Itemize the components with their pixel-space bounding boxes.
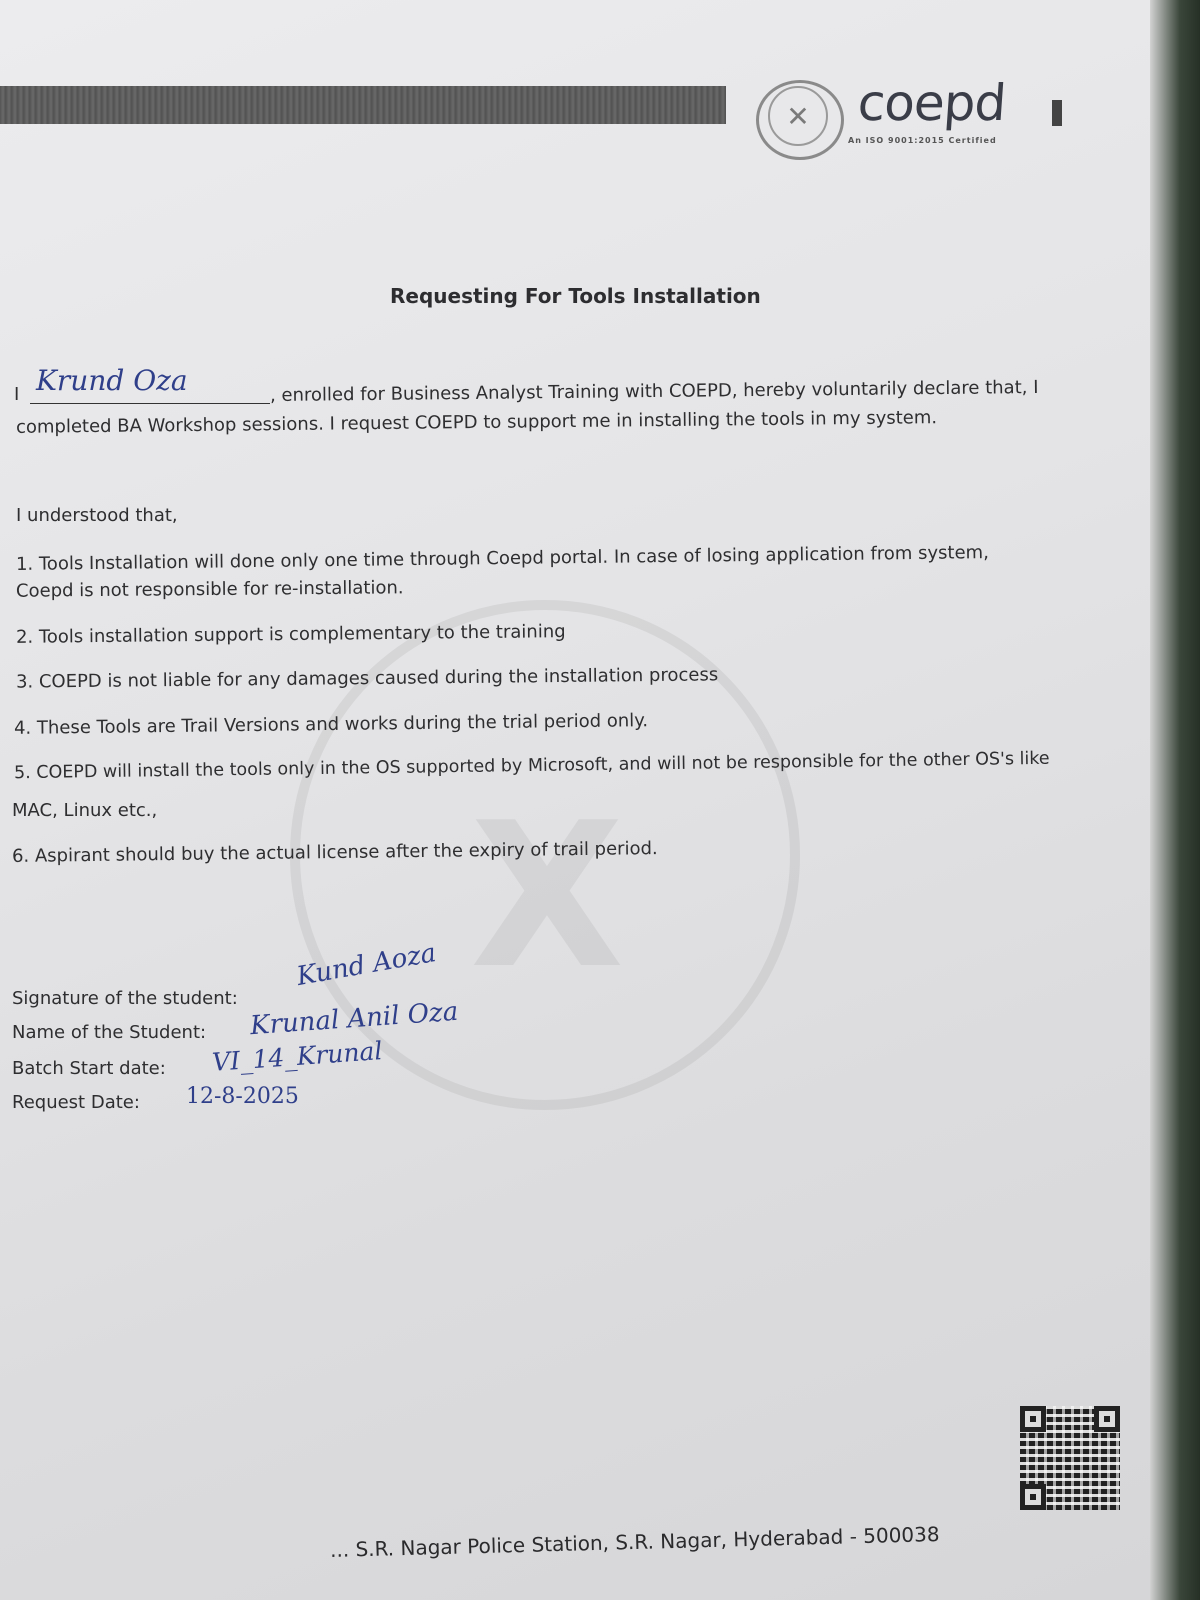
- logo-bar: [1052, 100, 1062, 126]
- document-title: Requesting For Tools Installation: [390, 284, 761, 308]
- header-bar: [0, 86, 726, 124]
- point-1-line-1: 1. Tools Installation will done only one…: [16, 542, 989, 575]
- logo: ✕ coepd An ISO 9001:2015 Certified: [748, 74, 1078, 164]
- logo-tagline: An ISO 9001:2015 Certified: [848, 136, 997, 145]
- footer-address: ... S.R. Nagar Police Station, S.R. Naga…: [330, 1522, 940, 1562]
- signature-label: Signature of the student:: [12, 988, 238, 1009]
- intro-prefix: I: [14, 384, 19, 405]
- point-5-line-2: MAC, Linux etc.,: [12, 800, 157, 821]
- understood-heading: I understood that,: [16, 505, 178, 526]
- name-blank-line: [30, 403, 270, 404]
- batch-value: VI_14_Krunal: [211, 1036, 383, 1077]
- intro-line-2: completed BA Workshop sessions. I reques…: [16, 407, 937, 438]
- request-date-value: 12-8-2025: [186, 1084, 299, 1109]
- logo-brand: coepd: [856, 74, 1007, 132]
- name-label: Name of the Student:: [12, 1022, 206, 1043]
- background-edge: [1150, 0, 1200, 1600]
- request-date-label: Request Date:: [12, 1092, 140, 1113]
- document-page: X ✕ coepd An ISO 9001:2015 Certified Req…: [0, 0, 1176, 1600]
- intro-line-1: , enrolled for Business Analyst Training…: [270, 377, 1039, 406]
- point-1-line-2: Coepd is not responsible for re-installa…: [16, 577, 404, 601]
- watermark-x-icon: X: [470, 780, 624, 1013]
- emblem-figure-icon: ✕: [768, 86, 828, 146]
- intro-name-handwritten: Krund Oza: [36, 364, 188, 397]
- qr-code-icon: [1020, 1406, 1120, 1510]
- batch-label: Batch Start date:: [12, 1058, 166, 1079]
